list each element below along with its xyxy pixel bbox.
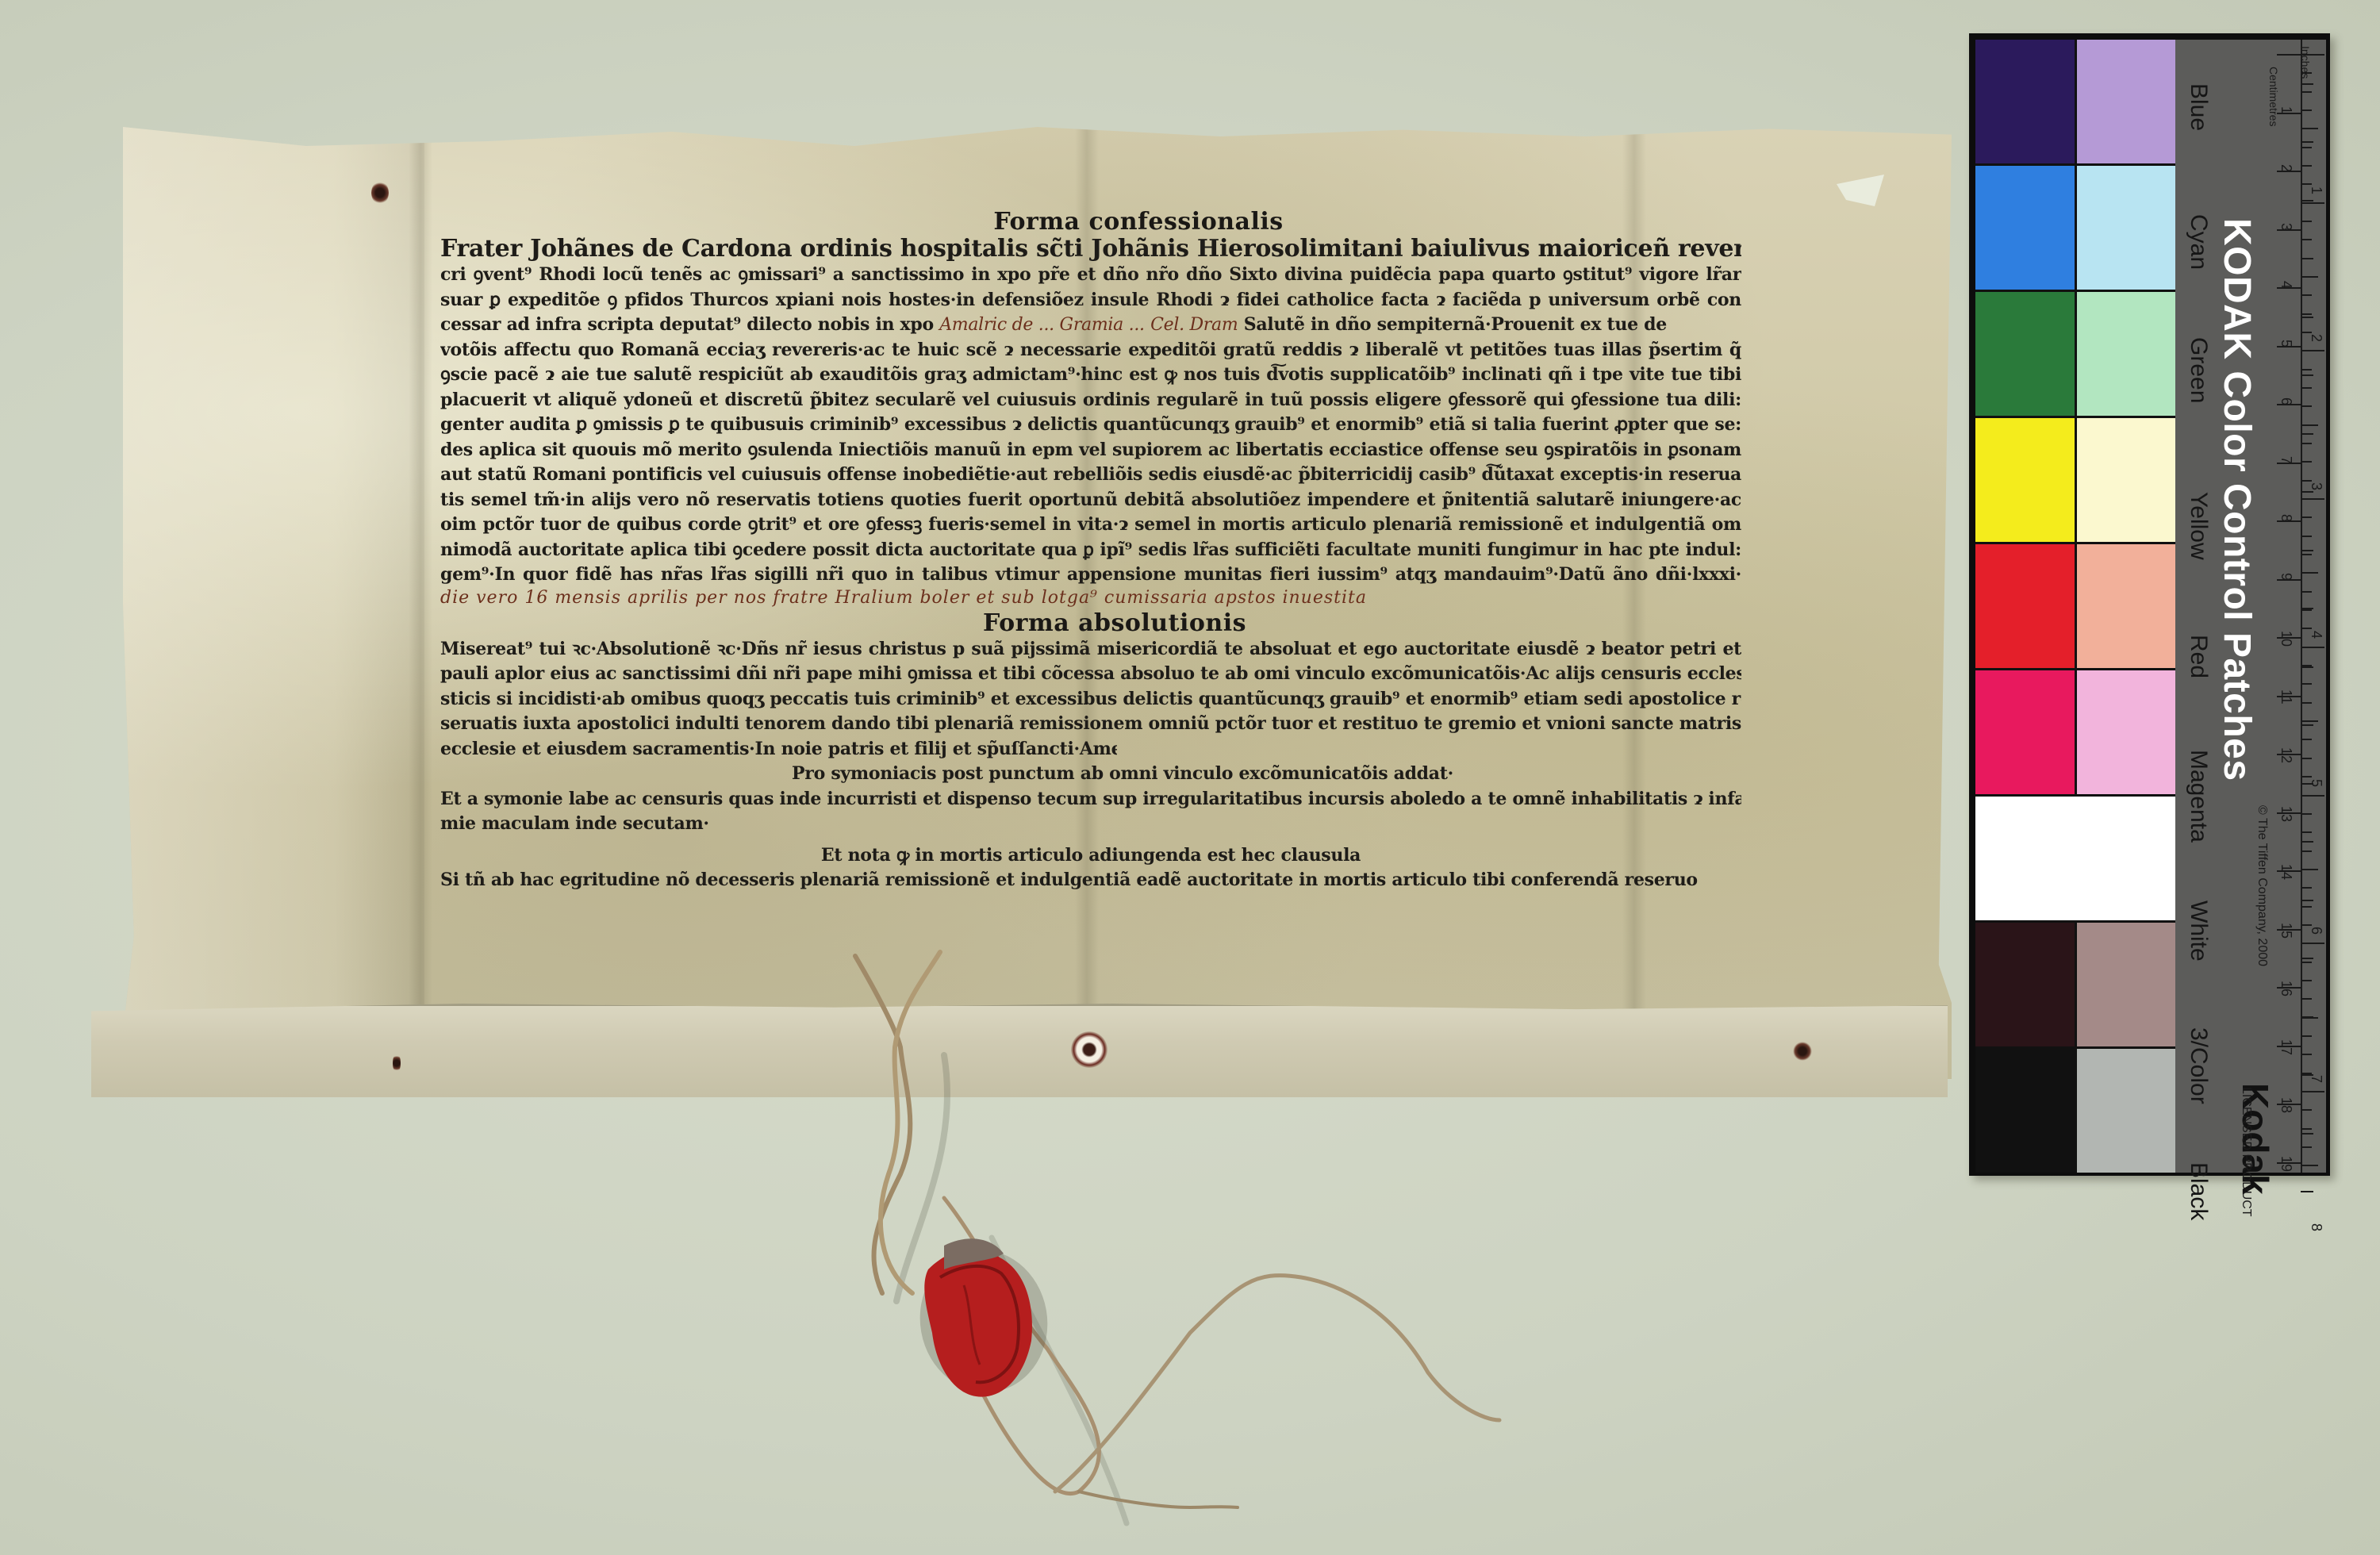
inch-tick — [2302, 628, 2312, 629]
inch-tick — [2302, 554, 2312, 555]
label-black: Black — [2185, 1162, 2212, 1220]
inch-tick — [2302, 943, 2324, 944]
label-red: Red — [2185, 635, 2212, 678]
patch-green-dark — [1975, 292, 2077, 416]
patch-black-light — [2077, 1049, 2176, 1173]
cm-number: 12 — [2278, 747, 2294, 763]
patch-3color-light — [2077, 923, 2176, 1046]
inch-tick — [2302, 813, 2312, 815]
inch-tick — [2302, 924, 2312, 926]
cm-number: 13 — [2278, 806, 2294, 822]
cm-number: 8 — [2278, 514, 2294, 522]
cm-number: 18 — [2278, 1097, 2294, 1113]
inch-tick — [2302, 980, 2312, 981]
inch-tick — [2302, 72, 2312, 74]
mm-half-tick — [2301, 1191, 2313, 1192]
inch-number: 3 — [2308, 482, 2324, 490]
red-wax-seal — [909, 1238, 1059, 1402]
inch-tick — [2302, 831, 2312, 833]
patch-black-dark — [1975, 1049, 2077, 1173]
inch-tick — [2302, 461, 2312, 463]
patch-row-green — [1975, 292, 2175, 418]
mm-half-tick — [2301, 200, 2313, 202]
ruler-centimetres-label: Centimetres — [2267, 67, 2280, 126]
cm-number: 6 — [2278, 397, 2294, 405]
patch-magenta-dark — [1975, 670, 2077, 794]
inch-tick — [2302, 405, 2312, 407]
inch-tick — [2302, 1017, 2318, 1019]
inch-tick — [2302, 962, 2312, 963]
inch-tick — [2302, 294, 2312, 296]
patch-row-black — [1975, 1049, 2175, 1173]
inch-tick — [2302, 536, 2312, 537]
inch-tick — [2302, 758, 2312, 759]
cm-number: 19 — [2278, 1156, 2294, 1172]
inch-tick — [2302, 147, 2312, 148]
licensed-product-label: LICENSED PRODUCT — [2239, 1087, 2253, 1217]
inch-tick — [2302, 183, 2312, 185]
cm-number: 14 — [2278, 864, 2294, 880]
patch-cyan-light — [2077, 166, 2176, 290]
patch-white — [1975, 797, 2175, 920]
label-cyan: Cyan — [2185, 214, 2212, 270]
inch-tick — [2302, 647, 2324, 648]
patch-red-dark — [1975, 544, 2077, 668]
mm-half-tick — [2301, 433, 2313, 435]
cm-number: 5 — [2278, 340, 2294, 347]
inch-tick — [2302, 54, 2324, 56]
patch-row-cyan — [1975, 166, 2175, 292]
mm-half-tick — [2301, 550, 2313, 551]
cm-number: 4 — [2278, 281, 2294, 289]
inch-number: 2 — [2308, 334, 2324, 342]
mm-half-tick — [2301, 958, 2313, 959]
patch-magenta-light — [2077, 670, 2176, 794]
inch-tick — [2302, 443, 2312, 444]
inch-tick — [2302, 1109, 2312, 1111]
mm-half-tick — [2301, 83, 2313, 85]
inch-tick — [2302, 369, 2312, 371]
inch-tick — [2302, 572, 2318, 574]
inch-number: 6 — [2308, 927, 2324, 935]
inch-tick — [2302, 313, 2312, 315]
kodak-color-control-chart: Blue Cyan Green Yellow Red Magenta White… — [1969, 33, 2330, 1176]
inch-tick — [2302, 1035, 2312, 1037]
inch-tick — [2302, 276, 2318, 278]
inch-tick — [2302, 591, 2312, 593]
inch-tick — [2302, 109, 2312, 111]
inch-tick — [2302, 1073, 2312, 1074]
chart-label-strip: Blue Cyan Green Yellow Red Magenta White… — [2175, 40, 2326, 1173]
inch-tick — [2302, 609, 2312, 611]
inch-tick — [2302, 1054, 2312, 1055]
patch-row-white — [1975, 797, 2175, 923]
patch-3color-dark — [1975, 923, 2077, 1046]
patch-row-blue — [1975, 40, 2175, 166]
cm-number: 11 — [2278, 689, 2294, 705]
label-yellow: Yellow — [2185, 492, 2212, 560]
inch-tick — [2302, 424, 2318, 426]
inch-tick — [2302, 387, 2312, 389]
cm-number: 1 — [2278, 106, 2294, 114]
patch-row-yellow — [1975, 418, 2175, 544]
inch-tick — [2302, 516, 2312, 518]
inch-tick — [2302, 1091, 2324, 1092]
inch-tick — [2302, 850, 2312, 852]
inch-tick — [2302, 128, 2318, 129]
inch-tick — [2302, 498, 2324, 500]
label-green: Green — [2185, 337, 2212, 403]
mm-half-tick — [2301, 900, 2313, 901]
patch-row-3color — [1975, 923, 2175, 1049]
inch-tick — [2302, 739, 2312, 740]
inch-tick — [2302, 239, 2312, 240]
ruler-edge — [2301, 40, 2302, 1173]
inch-tick — [2302, 221, 2312, 222]
inch-tick — [2302, 998, 2312, 1000]
label-white: White — [2185, 900, 2212, 962]
inch-tick — [2302, 702, 2312, 704]
cm-number: 3 — [2278, 223, 2294, 231]
patch-yellow-light — [2077, 418, 2176, 542]
label-3color: 3/Color — [2185, 1027, 2212, 1104]
inch-tick — [2302, 91, 2312, 93]
inch-number: 5 — [2308, 779, 2324, 787]
chart-title: KODAK Color Control Patches — [2215, 218, 2259, 781]
inch-tick — [2302, 332, 2312, 333]
inch-tick — [2302, 776, 2312, 777]
mm-half-tick — [2301, 724, 2313, 726]
patch-row-magenta — [1975, 670, 2175, 797]
inch-number: 4 — [2308, 631, 2324, 639]
inch-tick — [2302, 1128, 2312, 1130]
inch-tick — [2302, 480, 2312, 482]
inch-tick — [2302, 906, 2312, 908]
cm-tick — [2277, 54, 2301, 56]
cm-number: 15 — [2278, 923, 2294, 939]
inch-tick — [2302, 720, 2318, 722]
cm-number: 2 — [2278, 164, 2294, 172]
inch-tick — [2302, 202, 2324, 204]
cm-number: 7 — [2278, 456, 2294, 464]
patch-cyan-dark — [1975, 166, 2077, 290]
patch-green-light — [2077, 292, 2176, 416]
inch-number: 8 — [2308, 1223, 2324, 1231]
inch-tick — [2302, 665, 2312, 666]
patch-blue-light — [2077, 40, 2176, 163]
inch-number: 1 — [2308, 186, 2324, 194]
chart-copyright: © The Tiffen Company, 2000 — [2255, 805, 2269, 966]
mm-half-tick — [2301, 491, 2313, 493]
inch-number: 7 — [2308, 1075, 2324, 1083]
inch-tick — [2302, 1165, 2318, 1166]
label-magenta: Magenta — [2185, 750, 2212, 843]
patch-yellow-dark — [1975, 418, 2077, 542]
inch-tick — [2302, 1146, 2312, 1148]
cm-number: 9 — [2278, 573, 2294, 581]
inch-tick — [2302, 165, 2312, 167]
mm-half-tick — [2301, 1133, 2313, 1135]
inch-tick — [2302, 869, 2318, 870]
label-blue: Blue — [2185, 83, 2212, 131]
patch-row-red — [1975, 544, 2175, 670]
inch-tick — [2302, 683, 2312, 685]
patch-blue-dark — [1975, 40, 2077, 163]
patch-red-light — [2077, 544, 2176, 668]
inch-tick — [2302, 350, 2324, 351]
inch-tick — [2302, 258, 2312, 259]
cm-number: 17 — [2278, 1039, 2294, 1055]
mm-half-tick — [2301, 841, 2313, 843]
cm-number: 10 — [2278, 631, 2294, 647]
cm-number: 16 — [2278, 981, 2294, 996]
mm-half-tick — [2301, 141, 2313, 143]
inch-tick — [2302, 795, 2324, 797]
mm-half-tick — [2301, 317, 2313, 318]
color-patches — [1975, 40, 2175, 1173]
inch-tick — [2302, 887, 2312, 889]
mm-half-tick — [2301, 374, 2313, 376]
